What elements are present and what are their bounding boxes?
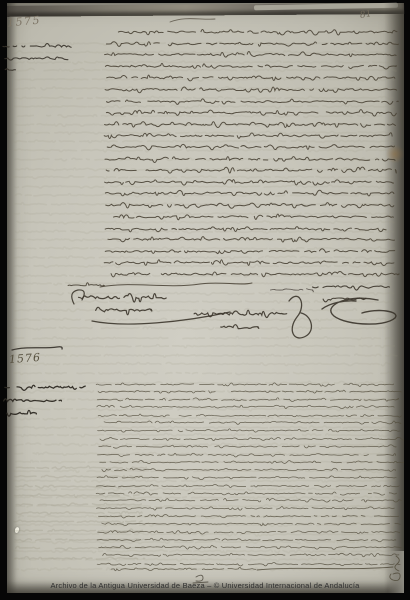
paragraph-1 bbox=[104, 30, 399, 277]
margin-note-top bbox=[3, 44, 71, 71]
signature-attest bbox=[270, 289, 313, 292]
margin-rule-1576 bbox=[12, 347, 62, 350]
folio-number: 81 bbox=[359, 9, 372, 21]
margin-year-1576: 1576 bbox=[9, 351, 42, 366]
pen-trial-mark bbox=[170, 19, 215, 22]
document-scan-photo: 1575 1576 81 Archivo de la Antigua Unive… bbox=[0, 0, 410, 600]
ink-layer bbox=[0, 0, 410, 600]
bleedthrough bbox=[12, 42, 397, 571]
right-edge-curl-top bbox=[395, 556, 399, 571]
signature-underline-left bbox=[92, 312, 230, 324]
right-edge-curl-bottom bbox=[390, 573, 400, 581]
margin-note-1576 bbox=[4, 385, 86, 416]
archive-caption: Archivo de la Antigua Universidad de Bae… bbox=[0, 581, 410, 590]
